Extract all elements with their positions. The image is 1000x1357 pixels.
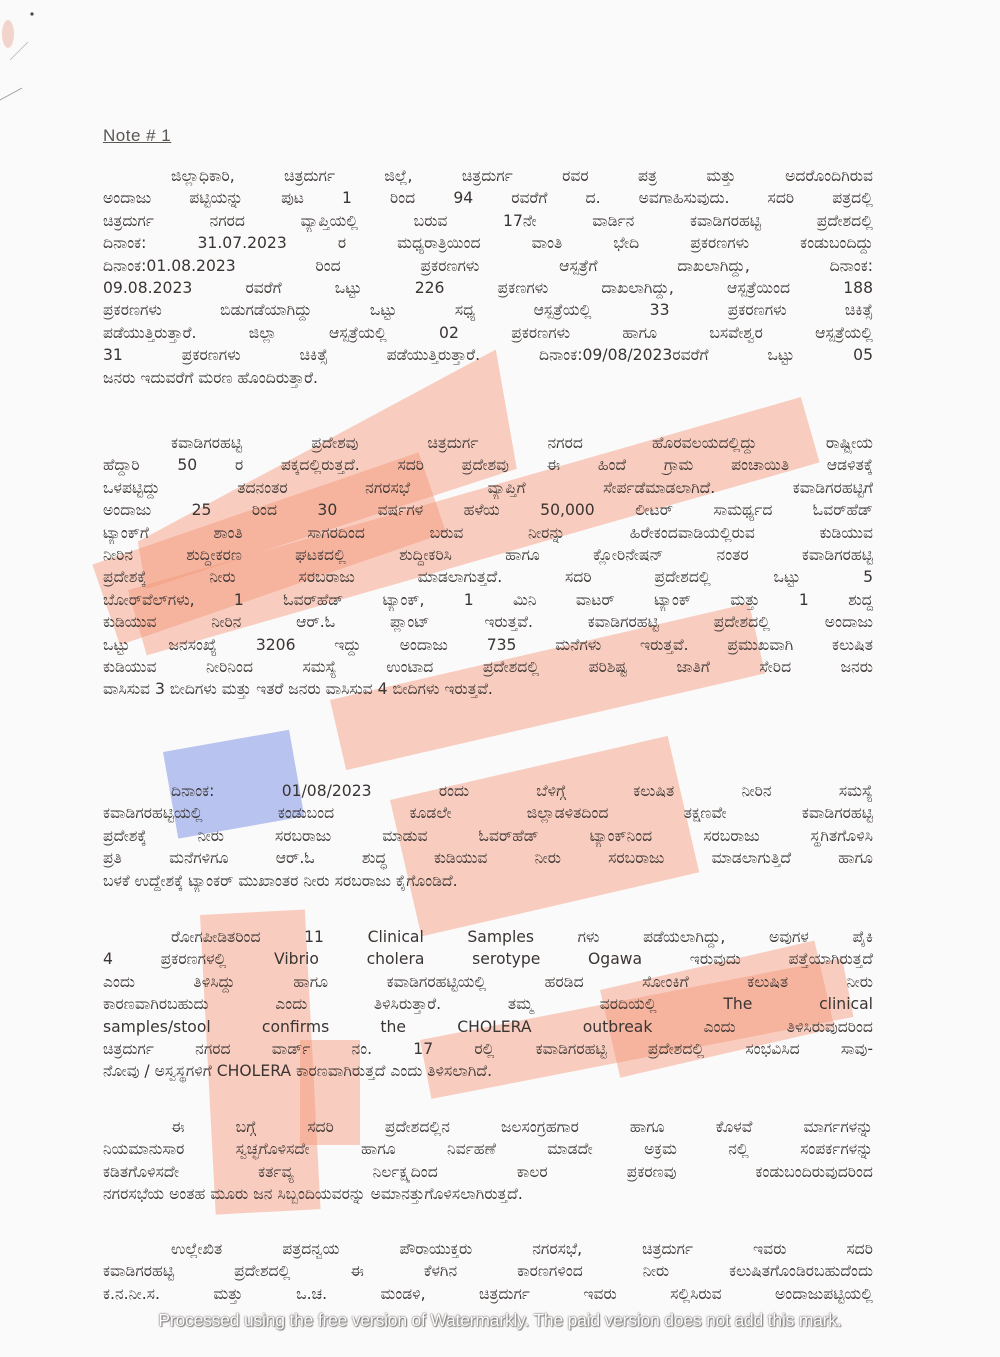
text-line: 09.08.2023 ರವರೆಗೆ ಒಟ್ಟು 226 ಪ್ರಕಣಗಳು ದಾಖ… bbox=[103, 277, 873, 299]
text-line: ಕ.ನ.ನೀ.ಸ. ಮತ್ತು ಒ.ಚ. ಮಂಡಳಿ, ಚಿತ್ರದುರ್ಗ ಇ… bbox=[103, 1283, 873, 1305]
text-line: ಹೆದ್ದಾರಿ 50 ರ ಪಕ್ಕದಲ್ಲಿರುತ್ತದೆ. ಸದರಿ ಪ್ರ… bbox=[103, 454, 873, 476]
text-line: ಕವಾಡಿಗರಹಟ್ಟಿ ಪ್ರದೇಶದಲ್ಲಿ ಈ ಕೆಳಗಿನ ಕಾರಣಗಳ… bbox=[103, 1260, 873, 1282]
text-line: ಪಡೆಯುತ್ತಿರುತ್ತಾರೆ. ಜಿಲ್ಲಾ ಆಸ್ಪತ್ರೆಯಲ್ಲಿ … bbox=[103, 322, 873, 344]
text-line: ನೀರಿನ ಶುದ್ಧೀಕರಣ ಘಟಕದಲ್ಲಿ ಶುದ್ಧೀಕರಿಸಿ ಹಾಗ… bbox=[103, 544, 873, 566]
text-line: ಪ್ರಕರಣಗಳು ಬಿಡುಗಡೆಯಾಗಿದ್ದು ಒಟ್ಟು ಸಧ್ಯ ಆಸ್… bbox=[103, 299, 873, 321]
text-line: ಪ್ರದೇಶಕ್ಕೆ ನೀರು ಸರಬರಾಜು ಮಾಡುವ ಓವರ್‌ಹೆಡ್ … bbox=[103, 825, 873, 847]
text-line: ಜಿಲ್ಲಾಧಿಕಾರಿ, ಚಿತ್ರದುರ್ಗ ಜಿಲ್ಲೆ, ಚಿತ್ರದು… bbox=[103, 165, 873, 187]
text-line: ದಿನಾಂಕ:01.08.2023 ರಿಂದ ಪ್ರಕರಣಗಳು ಆಸ್ಪತ್ರ… bbox=[103, 255, 873, 277]
text-line: ರೋಗಪೀಡಿತರಿಂದ 11 Clinical Samples ಗಳು ಪಡೆ… bbox=[103, 926, 873, 948]
text-line: ನಿಯಮಾನುಸಾರ ಸ್ವಚ್ಛಗೊಳಿಸದೇ ಹಾಗೂ ನಿರ್ವಹಣೆ ಮ… bbox=[103, 1138, 873, 1160]
text-line: ಒಳಪಟ್ಟಿದ್ದು ತದನಂತರ ನಗರಸಭೆ ವ್ಯಾಪ್ತಿಗೆ ಸೇರ… bbox=[103, 477, 873, 499]
text-line: ಜನರು ಇದುವರೆಗೆ ಮರಣ ಹೊಂದಿರುತ್ತಾರೆ. bbox=[103, 367, 873, 389]
text-line: ಕವಾಡಿಗರಹಟ್ಟಿಯಲ್ಲಿ ಕಂಡುಬಂದ ಕೂಡಲೇ ಜಿಲ್ಲಾಡಳ… bbox=[103, 802, 873, 824]
scanned-page: Note # 1 ಜಿಲ್ಲಾಧಿಕಾರಿ, ಚಿತ್ರದುರ್ಗ ಜಿಲ್ಲೆ… bbox=[0, 0, 1000, 1357]
paragraph-5: ಈ ಬಗ್ಗೆ ಸದರಿ ಪ್ರದೇಶದಲ್ಲಿನ ಜಲಸಂಗ್ರಹಗಾರ ಹಾ… bbox=[103, 1116, 873, 1206]
text-line: samples/stool confirms the CHOLERA outbr… bbox=[103, 1016, 873, 1038]
text-line: ಚಿತ್ರದುರ್ಗ ನಗರದ ವಾರ್ಡ್ ನಂ. 17 ರಲ್ಲಿ ಕವಾಡ… bbox=[103, 1038, 873, 1060]
watermark-text: Processed using the free version of Wate… bbox=[0, 1310, 1000, 1331]
text-line: ಕಡಿತಗೊಳಿಸದೇ ಕರ್ತವ್ಯ ನಿರ್ಲಕ್ಷ್ಯದಿಂದ ಕಾಲರ … bbox=[103, 1161, 873, 1183]
text-line: ಚಿತ್ರದುರ್ಗ ನಗರದ ವ್ಯಾಪ್ತಿಯಲ್ಲಿ ಬರುವ 17ನೇ … bbox=[103, 210, 873, 232]
text-line: ಪ್ರತಿ ಮನೆಗಳಿಗೂ ಆರ್.ಓ ಶುದ್ಧ ಕುಡಿಯುವ ನೀರು … bbox=[103, 847, 873, 869]
text-line: ಕುಡಿಯುವ ನೀರಿನಿಂದ ಸಮಸ್ಯೆ ಉಂಟಾದ ಪ್ರದೇಶದಲ್ಲ… bbox=[103, 656, 873, 678]
text-line: ಟ್ಯಾಂಕ್‌ಗೆ ಶಾಂತಿ ಸಾಗರದಿಂದ ಬರುವ ನೀರನ್ನು ಹ… bbox=[103, 522, 873, 544]
paragraph-6: ಉಲ್ಲೇಖಿತ ಪತ್ರದನ್ವಯ ಪೌರಾಯುಕ್ತರು ನಗರಸಭೆ, ಚ… bbox=[103, 1238, 873, 1305]
text-line: 31 ಪ್ರಕರಣಗಳು ಚಿಕಿತ್ಸೆ ಪಡೆಯುತ್ತಿರುತ್ತಾರೆ.… bbox=[103, 344, 873, 366]
text-line: ದಿನಾಂಕ: 31.07.2023 ರ ಮಧ್ಯರಾತ್ರಿಯಿಂದ ವಾಂತ… bbox=[103, 232, 873, 254]
paragraph-1: ಜಿಲ್ಲಾಧಿಕಾರಿ, ಚಿತ್ರದುರ್ಗ ಜಿಲ್ಲೆ, ಚಿತ್ರದು… bbox=[103, 165, 873, 389]
text-line: ಕವಾಡಿಗರಹಟ್ಟಿ ಪ್ರದೇಶವು ಚಿತ್ರದುರ್ಗ ನಗರದ ಹೊ… bbox=[103, 432, 873, 454]
text-line: ದಿನಾಂಕ: 01/08/2023 ರಂದು ಬೆಳಿಗ್ಗೆ ಕಲುಷಿತ … bbox=[103, 780, 873, 802]
note-title: Note # 1 bbox=[103, 126, 171, 146]
text-line: ವಾಸಿಸುವ 3 ಬೀದಿಗಳು ಮತ್ತು ಇತರೆ ಜನರು ವಾಸಿಸು… bbox=[103, 678, 873, 700]
paragraph-2: ಕವಾಡಿಗರಹಟ್ಟಿ ಪ್ರದೇಶವು ಚಿತ್ರದುರ್ಗ ನಗರದ ಹೊ… bbox=[103, 432, 873, 701]
text-line: ಕಾರಣವಾಗಿರಬಹುದು ಎಂದು ತಿಳಿಸಿರುತ್ತಾರೆ. ತಮ್ಮ… bbox=[103, 993, 873, 1015]
text-line: ಉಲ್ಲೇಖಿತ ಪತ್ರದನ್ವಯ ಪೌರಾಯುಕ್ತರು ನಗರಸಭೆ, ಚ… bbox=[103, 1238, 873, 1260]
text-line: ಈ ಬಗ್ಗೆ ಸದರಿ ಪ್ರದೇಶದಲ್ಲಿನ ಜಲಸಂಗ್ರಹಗಾರ ಹಾ… bbox=[103, 1116, 873, 1138]
text-line: ಬಳಕೆ ಉದ್ದೇಶಕ್ಕೆ ಟ್ಯಾಂಕರ್ ಮುಖಾಂತರ ನೀರು ಸರ… bbox=[103, 870, 873, 892]
text-line: ಅಂದಾಜು 25 ರಿಂದ 30 ವರ್ಷಗಳ ಹಳೆಯ 50,000 ಲೀಟ… bbox=[103, 499, 873, 521]
text-line: 4 ಪ್ರಕರಣಗಳಲ್ಲಿ Vibrio cholera serotype O… bbox=[103, 948, 873, 970]
paragraph-4: ರೋಗಪೀಡಿತರಿಂದ 11 Clinical Samples ಗಳು ಪಡೆ… bbox=[103, 926, 873, 1083]
text-line: ನಗರಸಭೆಯ ಅಂತಹ ಮೂರು ಜನ ಸಿಬ್ಬಂದಿಯವರನ್ನು ಅಮಾ… bbox=[103, 1183, 873, 1205]
scan-smudge bbox=[0, 0, 80, 110]
text-line: ಒಟ್ಟು ಜನಸಂಖ್ಯೆ 3206 ಇದ್ದು ಅಂದಾಜು 735 ಮನೆ… bbox=[103, 634, 873, 656]
text-line: ಬೋರ್‌ವೆಲ್‌ಗಳು, 1 ಓವರ್‌ಹೆಡ್ ಟ್ಯಾಂಕ್, 1 ಮಿ… bbox=[103, 589, 873, 611]
text-line: ಅಂದಾಜು ಪಟ್ಟಿಯನ್ನು ಪುಟ 1 ರಿಂದ 94 ರವರೆಗೆ ದ… bbox=[103, 187, 873, 209]
text-line: ನೋವು / ಅಸ್ವಸ್ಥಗಳಿಗೆ CHOLERA ಕಾರಣವಾಗಿರುತ್… bbox=[103, 1060, 873, 1082]
paragraph-3: ದಿನಾಂಕ: 01/08/2023 ರಂದು ಬೆಳಿಗ್ಗೆ ಕಲುಷಿತ … bbox=[103, 780, 873, 892]
text-line: ಪ್ರದೇಶಕ್ಕೆ ನೀರು ಸರಬರಾಜು ಮಾಡಲಾಗುತ್ತದೆ. ಸದ… bbox=[103, 566, 873, 588]
text-line: ಕುಡಿಯುವ ನೀರಿನ ಆರ್.ಓ ಪ್ಲಾಂಟ್ ಇರುತ್ತವೆ. ಕವ… bbox=[103, 611, 873, 633]
text-line: ಎಂದು ತಿಳಿಸಿದ್ದು ಹಾಗೂ ಕವಾಡಿಗರಹಟ್ಟಿಯಲ್ಲಿ ಹ… bbox=[103, 971, 873, 993]
